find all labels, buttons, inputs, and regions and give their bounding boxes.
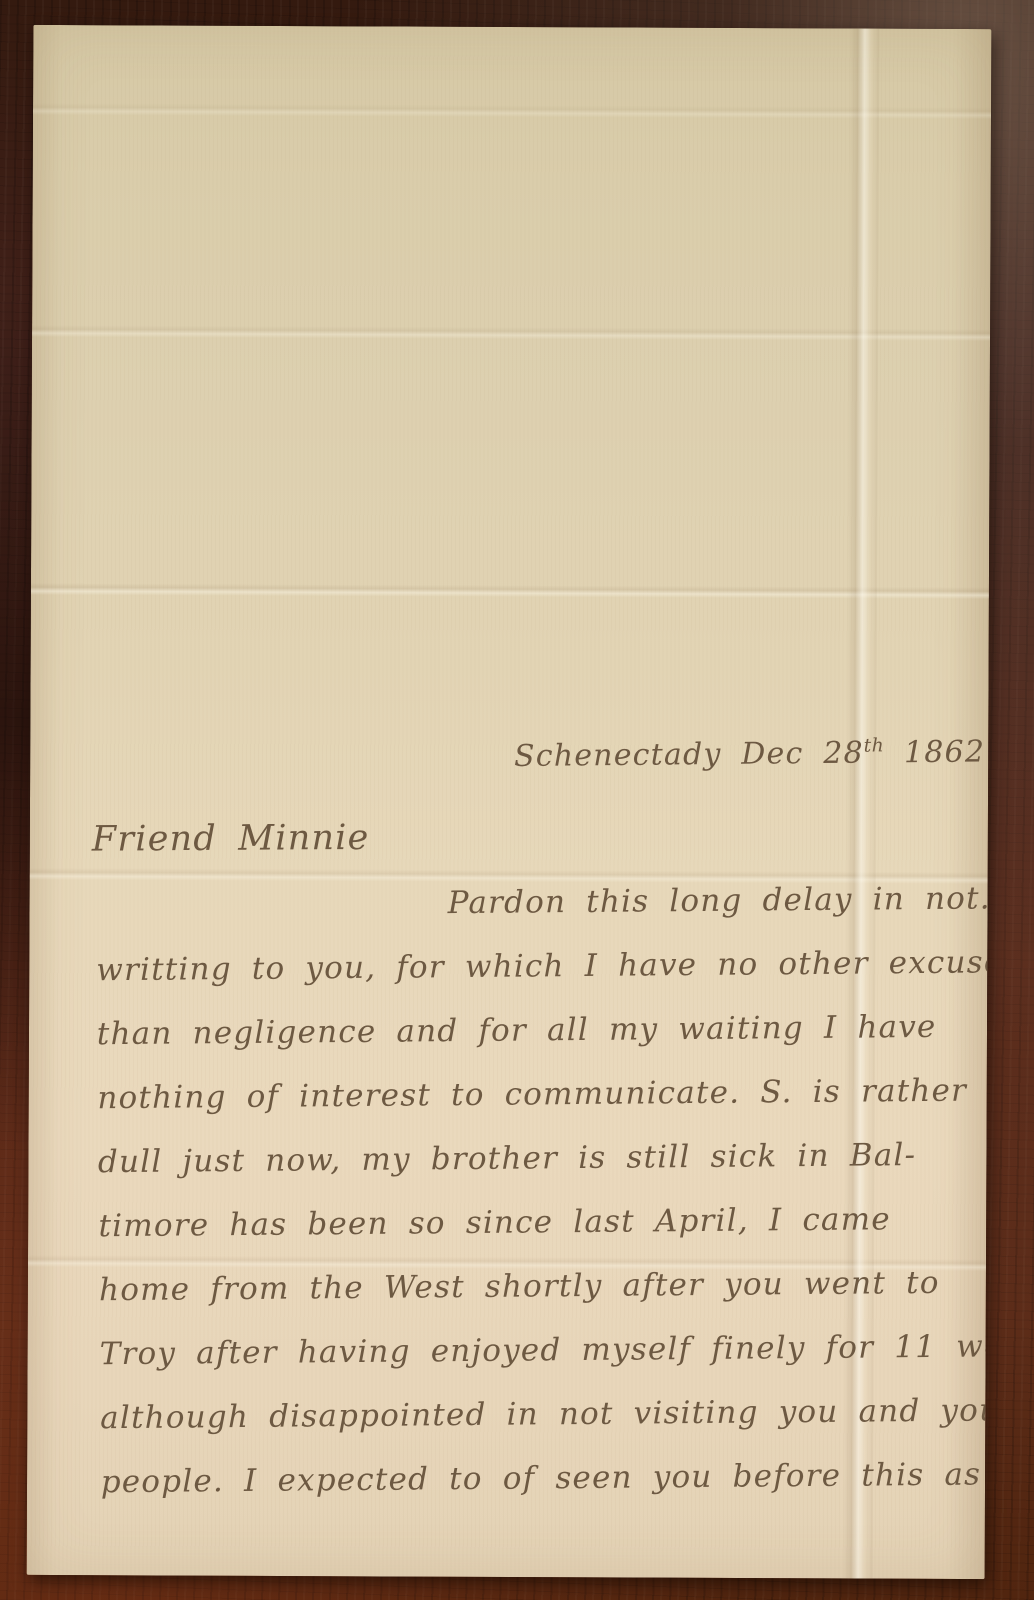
letter-body-text: Pardon this long delay in not. writting … [95,869,987,1517]
letter-line: Pardon this long delay in not. [95,869,982,941]
letter-line: although disappointed in not visiting yo… [100,1381,987,1453]
dateline-ordinal: th [864,735,885,756]
letter-line: than negligence and for all my waiting I… [97,997,984,1069]
wood-table-background: Schenectady Dec 28th 1862 Friend Minnie … [0,0,1034,1600]
letter-line: people. I expected to of seen you before… [101,1445,988,1517]
dateline-place-and-day: Schenectady Dec 28 [514,736,864,774]
handwritten-letter-page: Schenectady Dec 28th 1862 Friend Minnie … [27,25,992,1579]
horizontal-crease-upper [32,325,990,341]
horizontal-crease-top [33,103,991,119]
letter-line: writting to you, for which I have no oth… [96,933,983,1005]
letter-salutation: Friend Minnie [92,818,370,860]
letter-line: home from the West shortly after you wen… [99,1253,986,1325]
letter-line: timore has been so since last April, I c… [98,1189,985,1261]
horizontal-crease-middle [31,583,989,599]
letter-line: nothing of interest to communicate. S. i… [97,1061,984,1133]
letter-line: Troy after having enjoyed myself finely … [99,1317,986,1389]
letter-dateline: Schenectady Dec 28th 1862 [30,734,988,778]
dateline-year: 1862 [904,734,985,770]
letter-line: dull just now, my brother is still sick … [98,1125,985,1197]
